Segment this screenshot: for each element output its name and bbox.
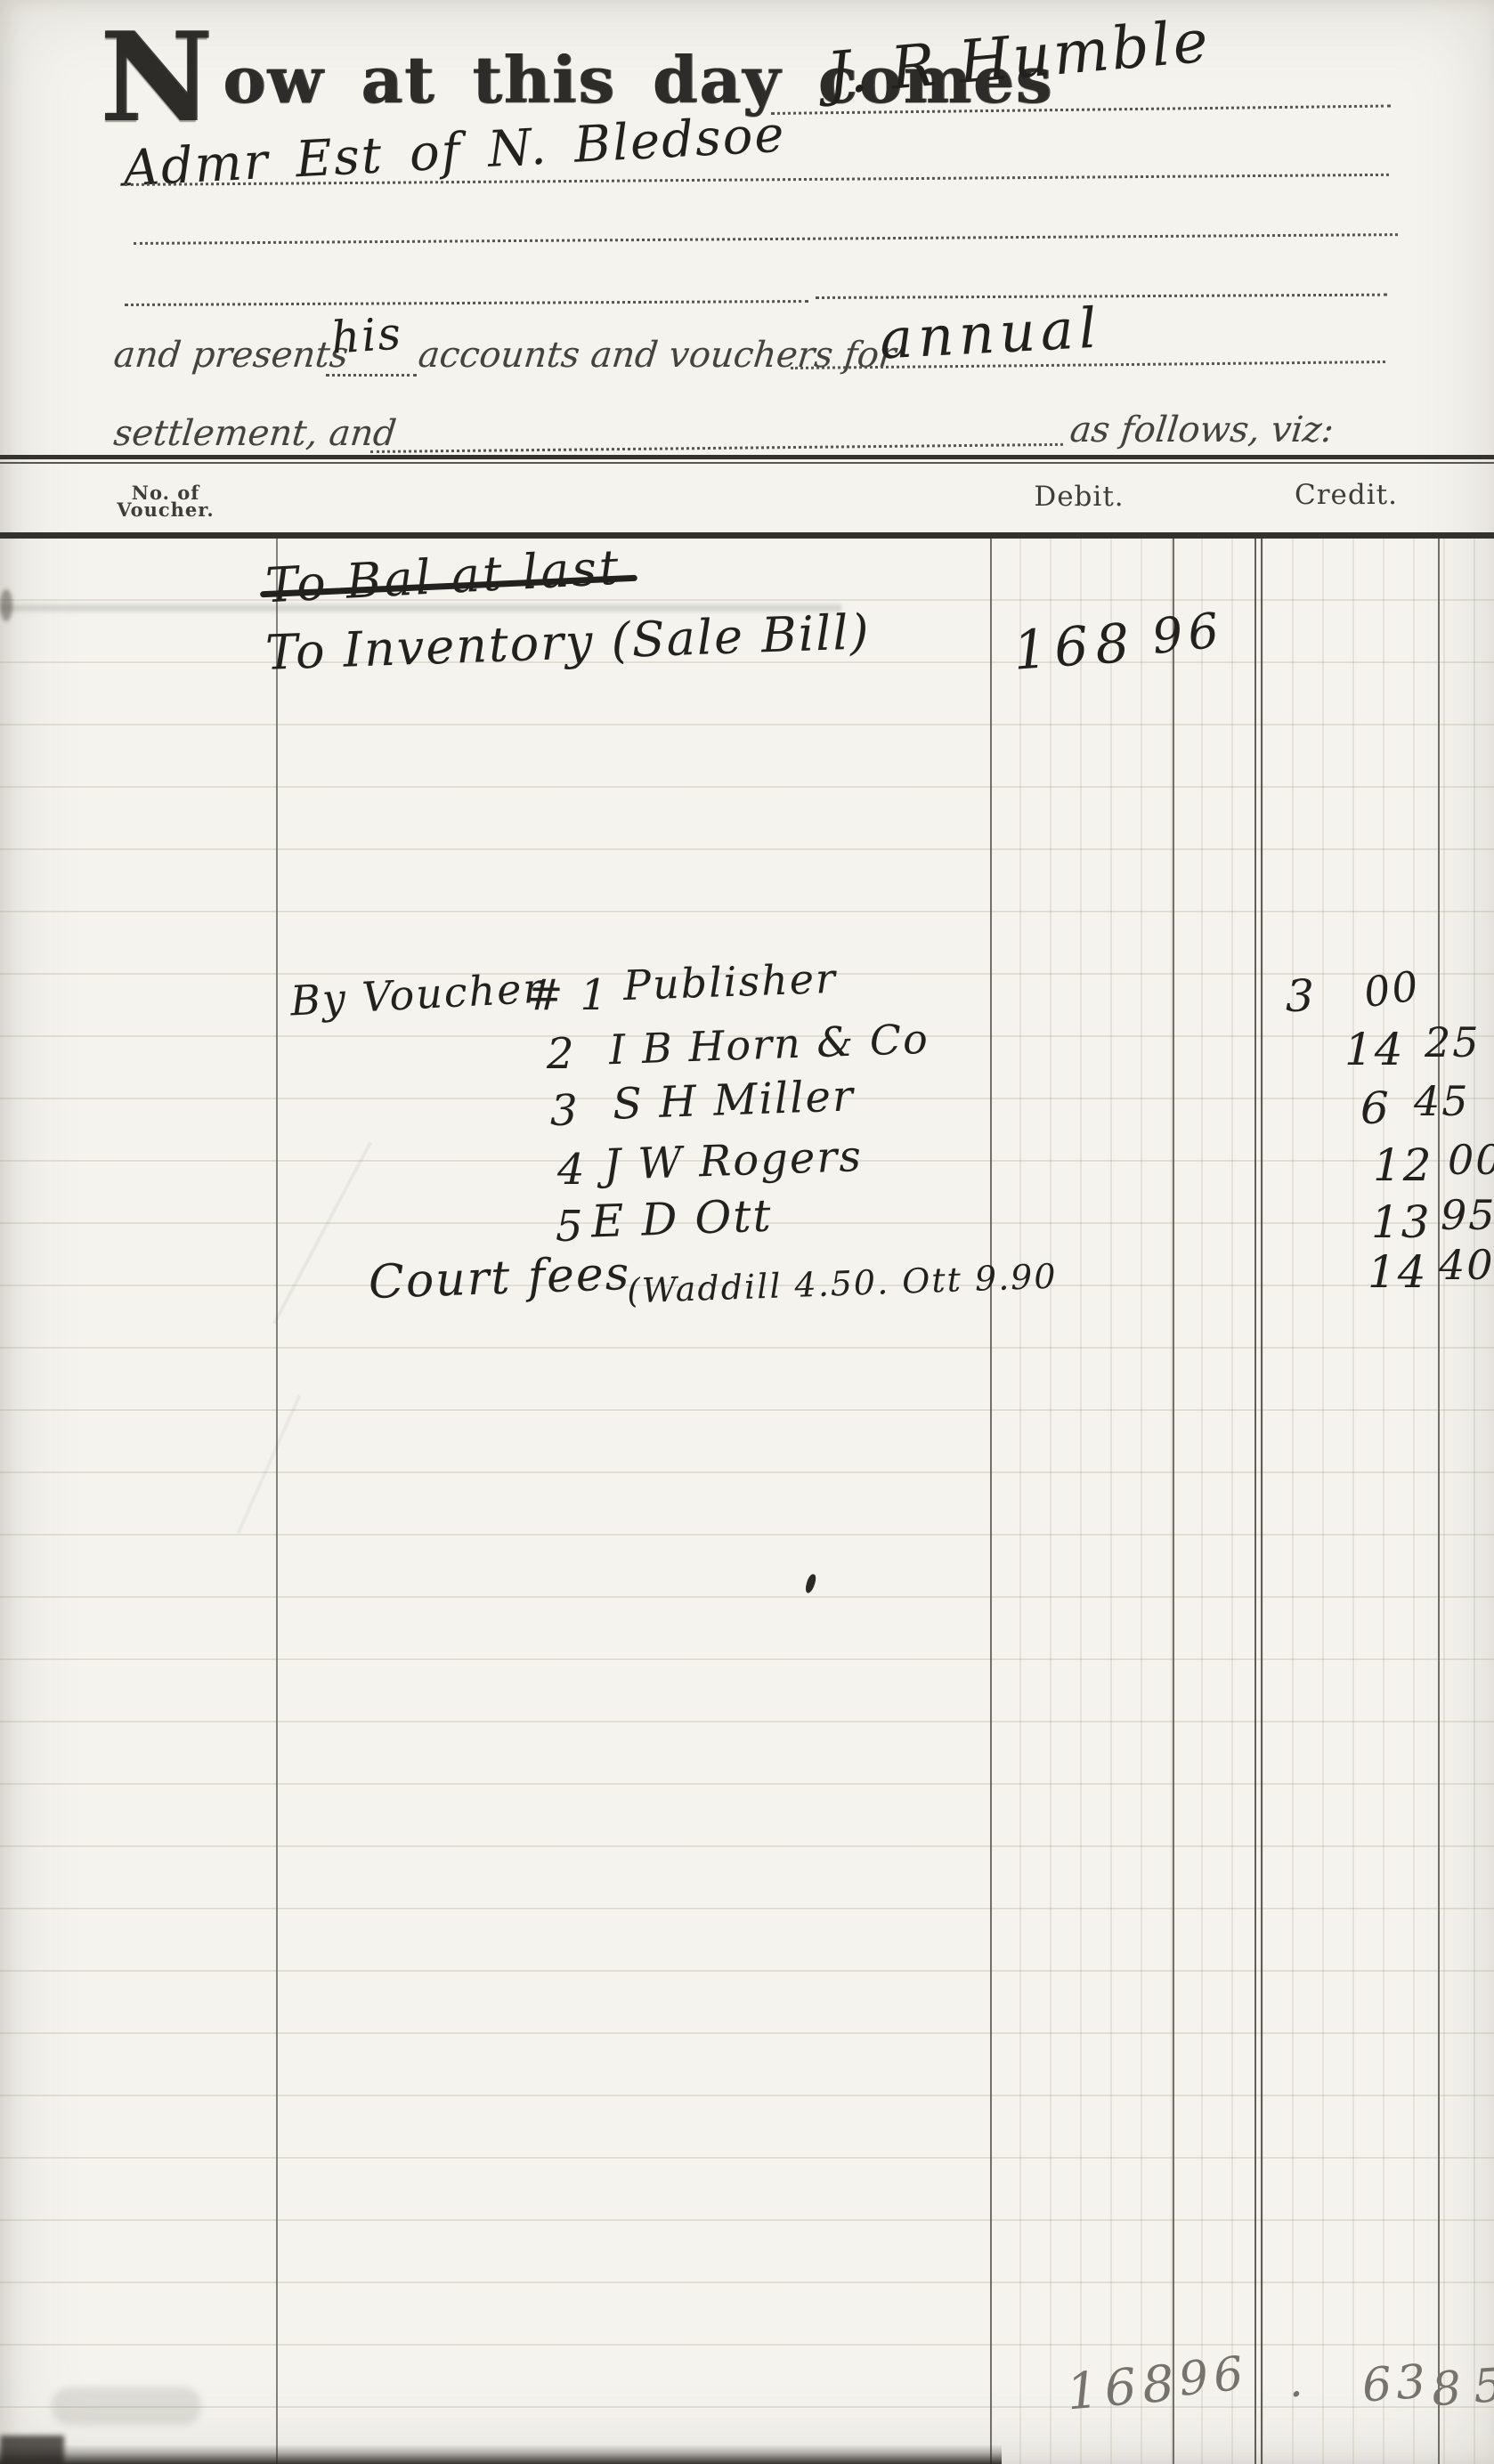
- voucher-row-3-credit-dollars: 6: [1360, 1082, 1391, 1134]
- fill-line-4-right: [816, 294, 1387, 299]
- credit-double-line-b: [1261, 539, 1263, 2464]
- voucher-row-5-payee: E D Ott: [590, 1189, 773, 1247]
- voucher-row-3-payee: S H Miller: [612, 1071, 856, 1129]
- voucher-row-3-credit-cents: 45: [1414, 1077, 1470, 1125]
- double-rule-top: [0, 455, 1494, 459]
- fill-line-4-left: [125, 300, 808, 306]
- paper-crease-edge-mark: [0, 589, 12, 621]
- column-header-voucher: No. of Voucher.: [110, 484, 221, 518]
- column-header-voucher-line2: Voucher.: [110, 501, 221, 518]
- total-debit-dollars: 168: [1064, 2355, 1182, 2422]
- voucher-row-5-credit-dollars: 13: [1371, 1196, 1432, 1248]
- debit-cents-line: [1173, 539, 1174, 2464]
- court-fees-credit-dollars: 14: [1368, 1246, 1428, 1298]
- voucher-column-line: [276, 539, 278, 2464]
- voucher-row-4-number: 4: [557, 1145, 587, 1195]
- printed-settlement-and: settlement, and: [112, 413, 399, 454]
- column-header-debit: Debit.: [1029, 481, 1129, 513]
- printed-as-follows-viz: as follows, viz:: [1068, 409, 1336, 450]
- credit-cents-line: [1438, 539, 1440, 2464]
- voucher-row-1-credit-cents: 00: [1361, 961, 1423, 1017]
- fill-line-his: [326, 374, 417, 377]
- total-credit-dollars: 63: [1360, 2355, 1432, 2412]
- total-credit-cents: 85: [1430, 2358, 1494, 2417]
- total-separator-dot: .: [1289, 2355, 1305, 2407]
- voucher-row-2-credit-dollars: 14: [1344, 1024, 1405, 1075]
- voucher-row-2-number: 2: [547, 1029, 576, 1079]
- voucher-row-2-credit-cents: 25: [1425, 1018, 1481, 1066]
- voucher-row-3-number: 3: [550, 1086, 580, 1136]
- thick-rule: [0, 532, 1494, 539]
- voucher-row-5-credit-cents: 95: [1441, 1191, 1494, 1239]
- column-header-credit: Credit.: [1291, 479, 1401, 511]
- scan-bottom-shadow: [0, 2444, 1002, 2464]
- inventory-debit-cents: 96: [1149, 602, 1227, 665]
- fill-line-6: [370, 443, 1063, 453]
- voucher-row-4-credit-cents: 00: [1448, 1136, 1494, 1184]
- voucher-row-4-payee: J W Rogers: [603, 1131, 864, 1190]
- handwritten-his: his: [329, 307, 404, 363]
- printed-accounts-vouchers-for: accounts and vouchers for: [417, 335, 898, 376]
- court-fees-credit-cents: 40: [1439, 1241, 1494, 1289]
- faint-column-lines: [991, 539, 1494, 2464]
- debit-column-line-left: [990, 539, 992, 2464]
- total-debit-cents: 96: [1176, 2346, 1251, 2407]
- ink-bleed-ghost: [52, 2387, 201, 2425]
- voucher-row-1-credit-dollars: 3: [1286, 970, 1316, 1022]
- voucher-row-1-number: # 1: [527, 970, 609, 1020]
- scan-corner-shadow: [0, 2436, 64, 2464]
- fill-line-3: [134, 233, 1398, 245]
- printed-and-presents: and presents: [112, 335, 351, 376]
- double-rule-bottom: [0, 462, 1494, 464]
- credit-double-line-a: [1254, 539, 1256, 2464]
- inventory-debit-dollars: 168: [1011, 612, 1139, 682]
- court-fees-label: Court fees: [368, 1247, 631, 1309]
- handwritten-annual: annual: [878, 296, 1103, 372]
- voucher-row-5-number: 5: [556, 1202, 585, 1252]
- voucher-row-1-payee: Publisher: [622, 954, 838, 1009]
- voucher-row-4-credit-dollars: 12: [1373, 1139, 1433, 1191]
- ledger-page: Now at this day comes J. R Humble Admr E…: [0, 0, 1494, 2464]
